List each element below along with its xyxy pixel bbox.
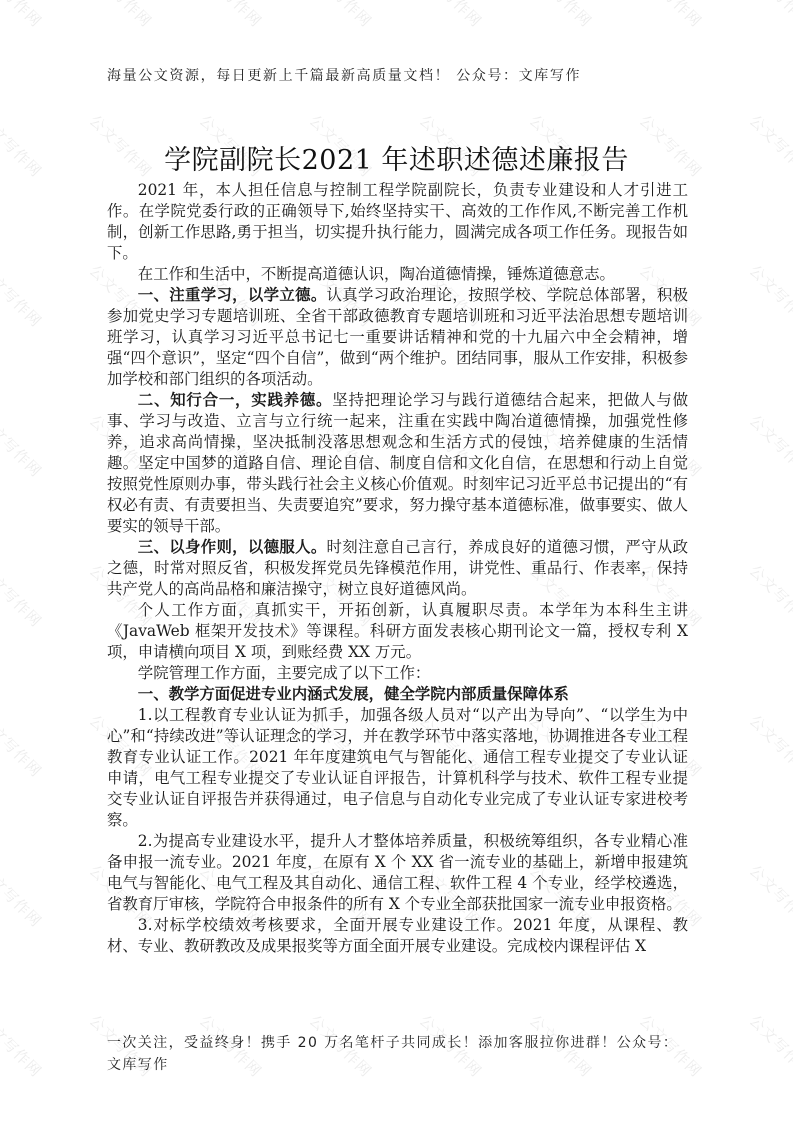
paragraph-ethics-intro: 在工作和生活中，不断提高道德认识，陶冶道德情操，锤炼道德意志。 (107, 264, 688, 285)
watermark-text: 公文写作网 (195, 0, 266, 31)
footer-promo-note: 一次关注，受益终身！携手 20 万名笔杆子共同成长！添加客服拉你进群！公众号：文… (107, 1032, 687, 1076)
watermark-text: 公文写作网 (0, 410, 47, 481)
watermark-text: 公文写作网 (0, 860, 47, 931)
watermark-text: 公文写作网 (635, 0, 706, 31)
subsection-heading-teaching: 一、教学方面促进专业内涵式发展，健全学院内部质量保障体系 (107, 684, 688, 705)
watermark-text: 公文写作网 (745, 710, 793, 781)
watermark-text: 公文写作网 (415, 0, 486, 31)
watermark-text: 公文写作网 (305, 0, 376, 31)
watermark-text: 公文写作网 (745, 260, 793, 331)
paragraph-item-2: 2.为提高专业建设水平，提升人才整体培养质量，积极统筹组织，各专业精心准备申报一… (107, 831, 688, 915)
section-heading: 一、注重学习，以学立德。 (138, 286, 327, 304)
watermark-text: 公文写作网 (0, 710, 47, 781)
section-heading: 二、知行合一，实践养德。 (138, 391, 332, 409)
watermark-text: 公文写作网 (745, 0, 793, 31)
watermark-text: 公文写作网 (745, 1010, 793, 1081)
watermark-text: 公文写作网 (0, 260, 47, 331)
paragraph-section-study: 一、注重学习，以学立德。认真学习政治理论，按照学校、学院总体部署，积极参加党史学… (107, 285, 688, 390)
paragraph-item-3: 3.对标学校绩效考核要求，全面开展专业建设工作。2021 年度，从课程、教材、专… (107, 915, 688, 957)
paragraph-intro: 2021 年，本人担任信息与控制工程学院副院长，负责专业建设和人才引进工作。在学… (107, 180, 688, 264)
watermark-text: 公文写作网 (0, 0, 47, 31)
section-heading: 三、以身作则，以德服人。 (138, 538, 327, 556)
paragraph-section-practice: 二、知行合一，实践养德。坚持把理论学习与践行道德结合起来，把做人与做事、学习与改… (107, 390, 688, 537)
paragraph-item-1: 1.以工程教育专业认证为抓手，加强各级人员对“以产出为导向”、“以学生为中心”和… (107, 705, 688, 831)
paragraph-section-example: 三、以身作则，以德服人。时刻注意自己言行，养成良好的道德习惯，严守从政之德，时常… (107, 537, 688, 600)
watermark-text: 公文写作网 (745, 560, 793, 631)
document-title: 学院副院长2021 年述职述德述廉报告 (0, 138, 793, 177)
watermark-text: 公文写作网 (0, 560, 47, 631)
paragraph-personal-work: 个人工作方面，真抓实干，开拓创新，认真履职尽责。本学年为本科生主讲《JavaWe… (107, 600, 688, 663)
watermark-text: 公文写作网 (745, 410, 793, 481)
header-promo-note: 海量公文资源，每日更新上千篇最新高质量文档！ 公众号：文库写作 (107, 65, 581, 85)
paragraph-management-intro: 学院管理工作方面，主要完成了以下工作： (107, 663, 688, 684)
document-body: 2021 年，本人担任信息与控制工程学院副院长，负责专业建设和人才引进工作。在学… (107, 180, 688, 957)
watermark-text: 公文写作网 (745, 860, 793, 931)
watermark-text: 公文写作网 (525, 0, 596, 31)
watermark-text: 公文写作网 (85, 0, 156, 31)
watermark-text: 公文写作网 (0, 1010, 47, 1081)
